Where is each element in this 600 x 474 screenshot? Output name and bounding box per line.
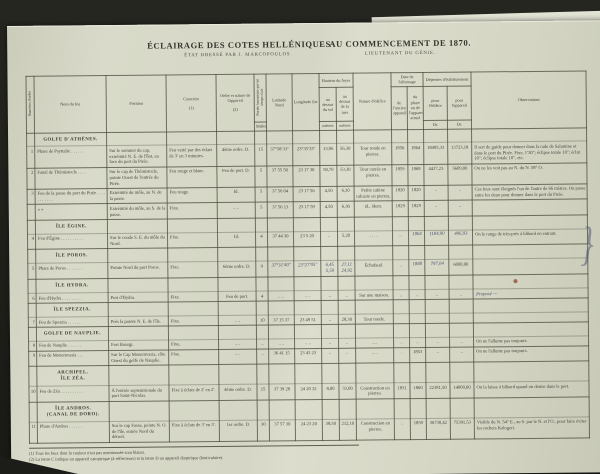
empty-cell bbox=[354, 129, 392, 143]
empty-cell bbox=[393, 246, 409, 260]
header-depenses: Dépenses d'établissement bbox=[423, 72, 471, 86]
empty-cell bbox=[394, 363, 410, 383]
footnotes: (1) Tous les feux dont la couleur n'est … bbox=[29, 444, 359, 463]
cell-no: 10 bbox=[29, 386, 37, 402]
empty-cell bbox=[321, 277, 338, 291]
cell-lon: 23 17 59 bbox=[293, 202, 320, 218]
cell-lat: 37 56 13 bbox=[267, 202, 293, 218]
cell-date_new: .. bbox=[409, 290, 425, 300]
empty-cell bbox=[294, 301, 321, 315]
empty-cell bbox=[355, 324, 393, 338]
cell-lon: 23 43 23 bbox=[295, 348, 322, 364]
empty-cell bbox=[472, 127, 587, 142]
empty-cell bbox=[321, 301, 338, 315]
cell-range: 30 bbox=[257, 420, 269, 441]
empty-cell bbox=[167, 218, 217, 232]
section-label: ARCHIPEL. ÎLE ZÉA. bbox=[37, 366, 109, 387]
cell-h_mer: 27,11 24,92 bbox=[338, 260, 355, 276]
section-label: ÎLE SPEZZIA. bbox=[36, 303, 108, 318]
cell-order: 4ème ordre. D. bbox=[217, 145, 255, 167]
empty-cell bbox=[269, 399, 295, 419]
header-portee-unit: Milles bbox=[254, 122, 266, 130]
page-subtitle: ÉTAT DRESSÉ PAR J. MARCOPOULOS bbox=[147, 52, 327, 59]
empty-cell bbox=[168, 248, 218, 262]
empty-cell bbox=[356, 363, 394, 383]
empty-cell bbox=[107, 131, 167, 146]
cell-lon: 23°35′33″ bbox=[293, 144, 320, 165]
cell-no: 4 bbox=[27, 234, 35, 250]
cell-no: 5 bbox=[28, 264, 36, 280]
cell-date_new bbox=[409, 314, 425, 324]
cell-date_new: 1864 bbox=[408, 143, 424, 164]
cell-date_new: 1829 bbox=[408, 201, 424, 217]
empty-cell bbox=[450, 362, 474, 382]
cell-name: Feu d'Hydra . . . . . . . . . bbox=[36, 293, 108, 304]
cell-lat: 37 55 50 bbox=[267, 165, 293, 186]
empty-cell bbox=[355, 276, 393, 290]
cell-name: Feu d'Égine . . . . . . . . . . bbox=[35, 233, 107, 249]
empty-cell bbox=[217, 218, 255, 232]
empty-cell bbox=[109, 365, 169, 386]
cell-character: Fixe. bbox=[169, 349, 219, 365]
table-row: 11Phare d'Andros . . . . . .Sur le cap F… bbox=[29, 416, 589, 443]
empty-cell bbox=[168, 325, 218, 339]
header-date-allumage: Date de l'allumage bbox=[391, 73, 423, 87]
section-label: GOLFE D'ATHÈNES. bbox=[35, 132, 107, 147]
cell-h_sol: 4,50 bbox=[320, 202, 337, 218]
cell-range: .. bbox=[257, 339, 269, 349]
cell-edifice: Construction en pierres. bbox=[356, 383, 394, 399]
cell-lat: 37 44 30 bbox=[267, 232, 293, 248]
empty-cell bbox=[426, 398, 450, 418]
cell-range: 5 bbox=[255, 202, 267, 218]
cell-date_new: 1853 bbox=[410, 347, 426, 363]
cell-cost_ed: .. bbox=[426, 347, 450, 363]
cell-range: 5 bbox=[255, 166, 267, 187]
cell-name: Feu de la passe du port du Pirée . . . .… bbox=[35, 188, 107, 204]
empty-cell bbox=[449, 245, 473, 259]
cell-cost_ed: 36730,42 bbox=[426, 418, 450, 439]
page-title-continued: AU COMMENCEMENT DE 1870. bbox=[315, 37, 485, 49]
cell-lon: 23 49 51 bbox=[294, 315, 321, 325]
cell-cost_ed: 4437,23 bbox=[424, 164, 448, 185]
empty-cell bbox=[449, 299, 473, 313]
empty-cell bbox=[394, 398, 410, 418]
empty-cell bbox=[218, 325, 256, 339]
empty-cell bbox=[27, 220, 35, 234]
empty-cell bbox=[321, 247, 338, 261]
empty-cell bbox=[295, 364, 322, 384]
cell-position: Près la pointe N. E. de l'île. bbox=[108, 316, 168, 326]
header-latitude: Latitude Nord bbox=[266, 74, 293, 131]
empty-cell bbox=[339, 399, 356, 419]
cell-h_mer: .. bbox=[338, 290, 355, 300]
section-label: ÎLE ANDROS. (CANAL DE DORO). bbox=[37, 401, 109, 422]
cell-date_new: 1859 bbox=[410, 418, 426, 439]
cell-cost_ed: 18495,33 bbox=[424, 143, 448, 164]
cell-date_old bbox=[393, 314, 409, 324]
header-date-ancien: de l'ancien appareil bbox=[391, 86, 407, 129]
cell-no: 9 bbox=[29, 351, 37, 367]
cell-cost_ap: .. bbox=[450, 337, 474, 347]
cell-date_old: .. bbox=[394, 338, 410, 348]
cell-h_mer: 28,30 bbox=[338, 314, 355, 324]
cell-character: Fixe. bbox=[167, 232, 217, 248]
empty-cell bbox=[425, 323, 449, 337]
cell-character: Fixe, bbox=[169, 339, 219, 349]
cell-character: Feu rouge et blanc. bbox=[167, 166, 217, 188]
empty-cell bbox=[27, 133, 35, 147]
cell-position: Sur le coude S. E. du môle du Nord. bbox=[107, 233, 167, 249]
page-subtitle-continued: LIEUTENANT DU GÉNIE. bbox=[315, 50, 485, 57]
cell-lat: 37 57 30 bbox=[269, 419, 295, 440]
empty-cell bbox=[322, 363, 339, 383]
cell-no: 3 bbox=[27, 189, 35, 205]
empty-cell bbox=[268, 301, 294, 315]
empty-cell bbox=[169, 365, 219, 385]
table-header: Numéros d'ordre Nom du feu Position Cara… bbox=[26, 71, 587, 133]
empty-cell bbox=[392, 216, 408, 230]
empty-cell bbox=[338, 276, 355, 290]
empty-cell bbox=[293, 217, 320, 231]
header-hauteur-sol: au dessus du sol bbox=[319, 87, 336, 122]
empty-cell bbox=[268, 325, 294, 339]
cell-character: Fixe. bbox=[168, 316, 218, 326]
cell-character: Fixe. bbox=[168, 292, 218, 302]
cell-name: Feu de Monemvasia . . . bbox=[37, 350, 109, 366]
empty-cell bbox=[355, 246, 393, 260]
cell-character: Fixe. bbox=[168, 262, 218, 278]
header-cout-edifice-unit: Dr. bbox=[423, 121, 447, 129]
cell-no: 1 bbox=[27, 147, 35, 168]
cell-order: .. .. bbox=[219, 349, 257, 365]
cell-no: 11 bbox=[29, 422, 37, 443]
empty-cell bbox=[255, 218, 267, 232]
empty-cell bbox=[392, 129, 408, 143]
empty-cell bbox=[449, 275, 473, 289]
cell-lat: 37 56 04 bbox=[267, 187, 293, 203]
cell-name: Phare de Psyttalie . . . . . . bbox=[35, 146, 107, 168]
empty-cell bbox=[256, 247, 268, 261]
cell-edifice: Tour ronde en pierres. bbox=[354, 143, 392, 165]
header-ordre-appareil: Ordre et nature de l'appareil(2) bbox=[216, 74, 255, 131]
cell-h_mer: 212,10 bbox=[339, 419, 356, 440]
empty-cell bbox=[108, 326, 168, 341]
cell-position: Sur le cap Fassa, pointe N. O. de l'île,… bbox=[109, 420, 169, 442]
empty-cell bbox=[256, 325, 268, 339]
empty-cell bbox=[168, 278, 218, 292]
cell-cost_ed: 22181,50 bbox=[426, 382, 450, 398]
empty-cell bbox=[409, 246, 425, 260]
cell-no bbox=[27, 205, 35, 221]
ink-stain bbox=[513, 279, 517, 283]
cell-order: 1er ordre. D. bbox=[219, 420, 257, 442]
cell-order: .. .. bbox=[217, 202, 255, 218]
cell-h_sol: 13,06 bbox=[320, 144, 337, 165]
cell-cost_ap: 13723,18 bbox=[448, 143, 472, 164]
cell-cost_ed: 1184,00 bbox=[424, 230, 448, 246]
empty-cell bbox=[408, 216, 424, 230]
cell-position: Fort Bourgi. bbox=[109, 340, 169, 350]
empty-cell bbox=[295, 399, 322, 419]
empty-cell bbox=[356, 398, 394, 418]
cell-date_new: .. bbox=[410, 337, 426, 347]
cell-date_old: 1831 bbox=[394, 383, 410, 399]
empty-cell bbox=[408, 129, 424, 143]
header-caractere: Caractère(1) bbox=[166, 74, 217, 131]
cell-obs: On ne l'allume pas toujours. bbox=[474, 346, 589, 363]
header-observations: Observations bbox=[471, 71, 587, 129]
empty-cell bbox=[355, 300, 393, 314]
empty-cell bbox=[108, 248, 168, 263]
empty-cell bbox=[168, 302, 218, 316]
header-date-actuel: du phare ou de l'appareil actuel bbox=[407, 86, 423, 129]
cell-cost_ap: 406,93 bbox=[448, 230, 472, 246]
cell-h_sol: .. bbox=[320, 231, 337, 247]
cell-lat: 37 15 37 bbox=[268, 315, 294, 325]
cell-character: Fixe. bbox=[167, 203, 217, 219]
cell-cost_ed: .. bbox=[425, 289, 449, 299]
cell-date_old: .. bbox=[394, 418, 410, 439]
empty-cell bbox=[269, 364, 295, 384]
cell-name: Phare de Poros . . . . . . . bbox=[36, 263, 108, 280]
empty-cell bbox=[424, 216, 448, 230]
empty-cell bbox=[426, 362, 450, 382]
empty-cell bbox=[267, 218, 293, 232]
header-cout-appareil: pour l'appareil bbox=[447, 86, 471, 121]
empty-cell bbox=[393, 276, 409, 290]
cell-edifice: .. .. bbox=[356, 338, 394, 348]
empty-cell bbox=[218, 277, 256, 291]
section-label: ÎLE ÉGINE. bbox=[35, 219, 107, 234]
cell-range: 5 bbox=[255, 187, 267, 203]
cell-lon: .. .. bbox=[294, 291, 321, 301]
cell-cost_ed: .. bbox=[426, 337, 450, 347]
cell-position: Pointe Nord du port Poros. bbox=[108, 262, 168, 279]
cell-range: 15 bbox=[257, 384, 269, 400]
empty-cell bbox=[267, 130, 293, 144]
empty-cell bbox=[107, 219, 167, 234]
empty-cell bbox=[29, 402, 37, 422]
empty-cell bbox=[393, 300, 409, 314]
empty-cell bbox=[474, 361, 589, 382]
empty-cell bbox=[268, 277, 294, 291]
empty-cell bbox=[268, 247, 294, 261]
cell-edifice: Petite cabine calcaire en pierres, bbox=[354, 186, 392, 202]
cell-order: Id. bbox=[217, 232, 255, 248]
cell-lat: 37°31′40″ bbox=[268, 261, 294, 278]
empty-cell bbox=[218, 301, 256, 315]
cell-range: 4 bbox=[256, 291, 268, 301]
cell-edifice: Construction en pierres. bbox=[356, 418, 394, 440]
empty-cell bbox=[294, 324, 321, 338]
cell-name: Feu de Zéa . . . . . . . . . . bbox=[37, 386, 109, 402]
page-title: ÉCLAIRAGE DES COTES HELLÉNIQUES bbox=[147, 39, 327, 51]
empty-cell bbox=[339, 363, 356, 383]
cell-no: 7 bbox=[28, 317, 36, 327]
cell-order: 6ème ordre. D. bbox=[218, 261, 256, 277]
empty-cell bbox=[448, 216, 472, 230]
empty-cell bbox=[108, 302, 168, 317]
cell-order: 4ème ordre. D. bbox=[219, 384, 257, 400]
empty-cell bbox=[337, 130, 354, 144]
cell-date_old: 1856 bbox=[392, 143, 408, 164]
empty-cell bbox=[410, 363, 426, 383]
cell-range: 15 bbox=[255, 144, 267, 165]
cell-order: Feu de port. bbox=[218, 291, 256, 301]
empty-cell bbox=[294, 277, 321, 291]
empty-cell bbox=[29, 366, 37, 386]
empty-cell bbox=[28, 279, 36, 293]
cell-character: Fixe à éclats de 2′ en 2′. bbox=[169, 385, 219, 401]
cell-date_new: 1888 bbox=[409, 260, 425, 276]
cell-cost_ap: 6000,00 bbox=[449, 259, 473, 275]
cell-edifice: id., idem. bbox=[354, 201, 392, 217]
empty-cell bbox=[257, 400, 269, 420]
empty-cell bbox=[320, 130, 337, 144]
cell-cost_ap bbox=[449, 313, 473, 323]
cell-h_mer: 6,30 bbox=[337, 186, 354, 202]
cell-position: Sur le sommet du cap, extrémité N. E. de… bbox=[107, 145, 167, 167]
cell-date_old: . bbox=[394, 347, 410, 363]
cell-lat: 36 41 15 bbox=[269, 348, 295, 364]
empty-cell bbox=[448, 129, 472, 143]
cell-edifice: Tour ronde. bbox=[355, 314, 393, 324]
empty-cell bbox=[219, 364, 257, 384]
cell-position: Port d'Hydra. bbox=[108, 292, 168, 303]
cell-order: Feu de port. D. bbox=[217, 166, 255, 188]
empty-cell bbox=[425, 246, 449, 260]
empty-cell bbox=[321, 324, 338, 338]
cell-obs: Visible du N. 54° E., au S. par le N. et… bbox=[474, 416, 589, 438]
cell-obs: On la laisse à bâbord quand on donne dan… bbox=[474, 381, 589, 398]
header-hauteur-mer: au dessus de la mer bbox=[336, 87, 353, 122]
empty-cell bbox=[409, 276, 425, 290]
empty-cell bbox=[424, 129, 448, 143]
cell-date_old: .. bbox=[393, 290, 409, 300]
cell-obs: On le range de très-près à bâbord en ent… bbox=[473, 229, 588, 246]
section-label: ÎLE POROS. bbox=[36, 249, 108, 264]
cell-character: Feu rouge. bbox=[167, 187, 217, 203]
empty-cell bbox=[338, 246, 355, 260]
cell-no: 8 bbox=[29, 341, 37, 351]
empty-cell bbox=[256, 277, 268, 291]
header-longitude: Longitude Est bbox=[292, 74, 320, 131]
empty-cell bbox=[409, 323, 425, 337]
cell-lon: 23 17 30 bbox=[293, 165, 320, 186]
document-header: ÉCLAIRAGE DES COTES HELLÉNIQUES ÉTAT DRE… bbox=[7, 36, 600, 76]
cell-order: .. .. bbox=[219, 339, 257, 349]
empty-cell bbox=[473, 244, 588, 259]
cell-date_new: 1820 bbox=[408, 185, 424, 201]
section-label: ÎLE HYDRA. bbox=[36, 279, 108, 294]
cell-lon: 23 5 20 bbox=[293, 231, 320, 247]
empty-cell bbox=[320, 217, 337, 231]
cell-character: Feu varié par des éclats de 3′ en 3 minu… bbox=[167, 145, 217, 167]
cell-h_mer: 56,30 bbox=[337, 144, 354, 165]
header-hauteur-mer-unit: mètres bbox=[336, 121, 353, 129]
empty-cell bbox=[425, 276, 449, 290]
empty-cell bbox=[294, 247, 321, 261]
table-body: GOLFE D'ATHÈNES.1Phare de Psyttalie . . … bbox=[27, 127, 590, 443]
cell-obs: On ne les voit pas au N. du N. 58° O. bbox=[472, 163, 587, 185]
cell-lon: 24 20 32 bbox=[295, 384, 322, 400]
cell-position: Sur le Cap Monemvasia, côte Ouest du gol… bbox=[109, 350, 169, 366]
cell-edifice: Tour carrée en pierres. bbox=[354, 164, 392, 186]
cell-date_old: 1859 bbox=[392, 164, 408, 185]
empty-cell bbox=[167, 131, 217, 145]
cell-position: Extrémité du môle, au N. de la passe. bbox=[107, 188, 167, 204]
cell-no: 6 bbox=[28, 293, 36, 303]
photo-backdrop: ÉCLAIRAGE DES COTES HELLÉNIQUES ÉTAT DRE… bbox=[0, 0, 600, 474]
cell-order: .. .. bbox=[218, 315, 256, 325]
empty-cell bbox=[28, 327, 36, 341]
empty-cell bbox=[108, 278, 168, 293]
cell-date_old: .. bbox=[393, 260, 409, 276]
cell-h_mer: .. bbox=[339, 338, 356, 348]
cell-range: .. bbox=[257, 349, 269, 365]
cell-lon: .. .. bbox=[295, 338, 322, 348]
cell-lat: 37 39 28 bbox=[269, 384, 295, 400]
cell-obs: Ces feux sont éloignés l'un de l'autre d… bbox=[472, 184, 587, 201]
empty-cell bbox=[337, 217, 354, 231]
cell-lat: 37°58′33″ bbox=[267, 144, 293, 165]
handwritten-brace: } bbox=[580, 219, 594, 272]
cell-position: Extrémité du môle, au S. de la passe. bbox=[107, 203, 167, 219]
cell-edifice: Échafaud. bbox=[355, 260, 393, 276]
section-label: GOLFE DE NAUPLIE. bbox=[36, 326, 108, 341]
empty-cell bbox=[219, 400, 257, 420]
cell-range: 9 bbox=[256, 261, 268, 277]
cell-lon: 23°27′05″ bbox=[294, 261, 321, 278]
cell-lon: 23 17 56 bbox=[293, 186, 320, 202]
cell-lon: 24 23 20 bbox=[295, 419, 322, 440]
cell-h_sol: 6,45 5,50 bbox=[321, 260, 338, 276]
cell-h_sol: 50,70 bbox=[320, 165, 337, 186]
empty-cell bbox=[28, 250, 36, 264]
cell-cost_ap: .. bbox=[448, 185, 472, 201]
empty-cell bbox=[257, 364, 269, 384]
empty-cell bbox=[449, 323, 473, 337]
cell-name: » » bbox=[35, 204, 107, 220]
cell-h_sol: 38,50 bbox=[322, 419, 339, 440]
cell-position: Sur le cap de Thémistocle, pointe Ouest … bbox=[107, 167, 167, 189]
cell-edifice: . . . . bbox=[354, 231, 392, 247]
cell-date_new: 1860 bbox=[410, 383, 426, 399]
cell-range: 10 bbox=[256, 315, 268, 325]
header-hauteur-foyer: Hauteur du foyer bbox=[319, 73, 353, 87]
cell-cost_ed: .. bbox=[424, 201, 448, 217]
cell-edifice: .. .. bbox=[356, 347, 394, 363]
cell-obs bbox=[473, 258, 588, 275]
empty-cell bbox=[338, 300, 355, 314]
cell-name: Phare d'Andros . . . . . . bbox=[37, 421, 109, 443]
empty-cell bbox=[217, 131, 255, 145]
cell-character: Fixe à éclats de 3′ en 3′. bbox=[169, 420, 219, 442]
cell-h_sol: 8,00 bbox=[322, 383, 339, 399]
cell-edifice: Sur une maison. bbox=[355, 290, 393, 300]
empty-cell bbox=[473, 298, 588, 313]
empty-cell bbox=[410, 398, 426, 418]
empty-cell bbox=[473, 322, 588, 337]
empty-cell bbox=[256, 301, 268, 315]
cell-lat: .. .. bbox=[268, 291, 294, 301]
empty-cell bbox=[472, 215, 587, 230]
empty-cell bbox=[393, 324, 409, 338]
header-nom-du-feu: Nom du feu bbox=[34, 76, 107, 133]
empty-cell bbox=[322, 399, 339, 419]
cell-date_old: .. bbox=[392, 230, 408, 246]
